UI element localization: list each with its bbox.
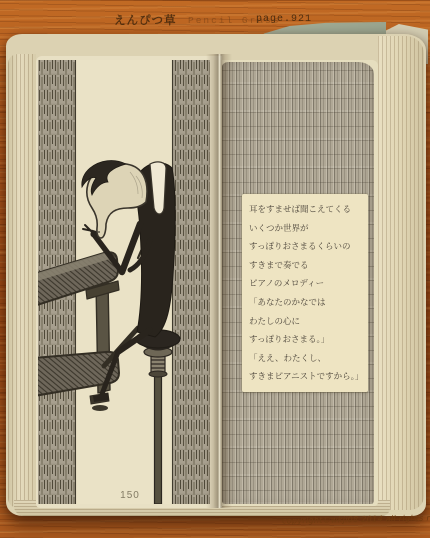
poem-line: 耳をすませば聞こえてくる — [249, 200, 361, 219]
open-book: 耳をすませば聞こえてくる いくつか世界が すっぽりおさまるくらいの すきまで奏で… — [6, 34, 426, 516]
desk-scene: えんぴつ草 Pencil Grass page.921 ペンペン草 — [0, 0, 430, 538]
right-page-hatch: 耳をすませば聞こえてくる いくつか世界が すっぽりおさまるくらいの すきまで奏で… — [222, 62, 374, 504]
poem-line: 「ええ、わたくし、 — [249, 349, 361, 368]
page-number: 150 — [116, 490, 144, 501]
poem-box: 耳をすませば聞こえてくる いくつか世界が すっぽりおさまるくらいの すきまで奏で… — [242, 194, 368, 392]
poem-line: すきまで奏でる — [249, 256, 361, 275]
poem-line: 「あなたのかなでは — [249, 293, 361, 312]
hatch-band-right — [172, 60, 210, 504]
page-stack-left — [8, 54, 36, 508]
poem-line: ピアノのメロディー — [249, 274, 361, 293]
poem-line: すっぽりおさまるくらいの — [249, 237, 361, 256]
page-stack-right — [378, 36, 424, 510]
series-title-jp: えんぴつ草 — [114, 12, 177, 28]
poem-line: すっぽりおさまる。」 — [249, 330, 361, 349]
poem-line: すきまピアニストですから。」 — [249, 367, 361, 386]
page-reference: page.921 — [256, 14, 312, 25]
poem-line: わたしの心に — [249, 312, 361, 331]
piano-player-illustration — [38, 60, 210, 504]
copyright-note: copyright©wkji08 2014 all rights reserve… — [282, 513, 430, 525]
poem-line: いくつか世界が — [249, 219, 361, 238]
